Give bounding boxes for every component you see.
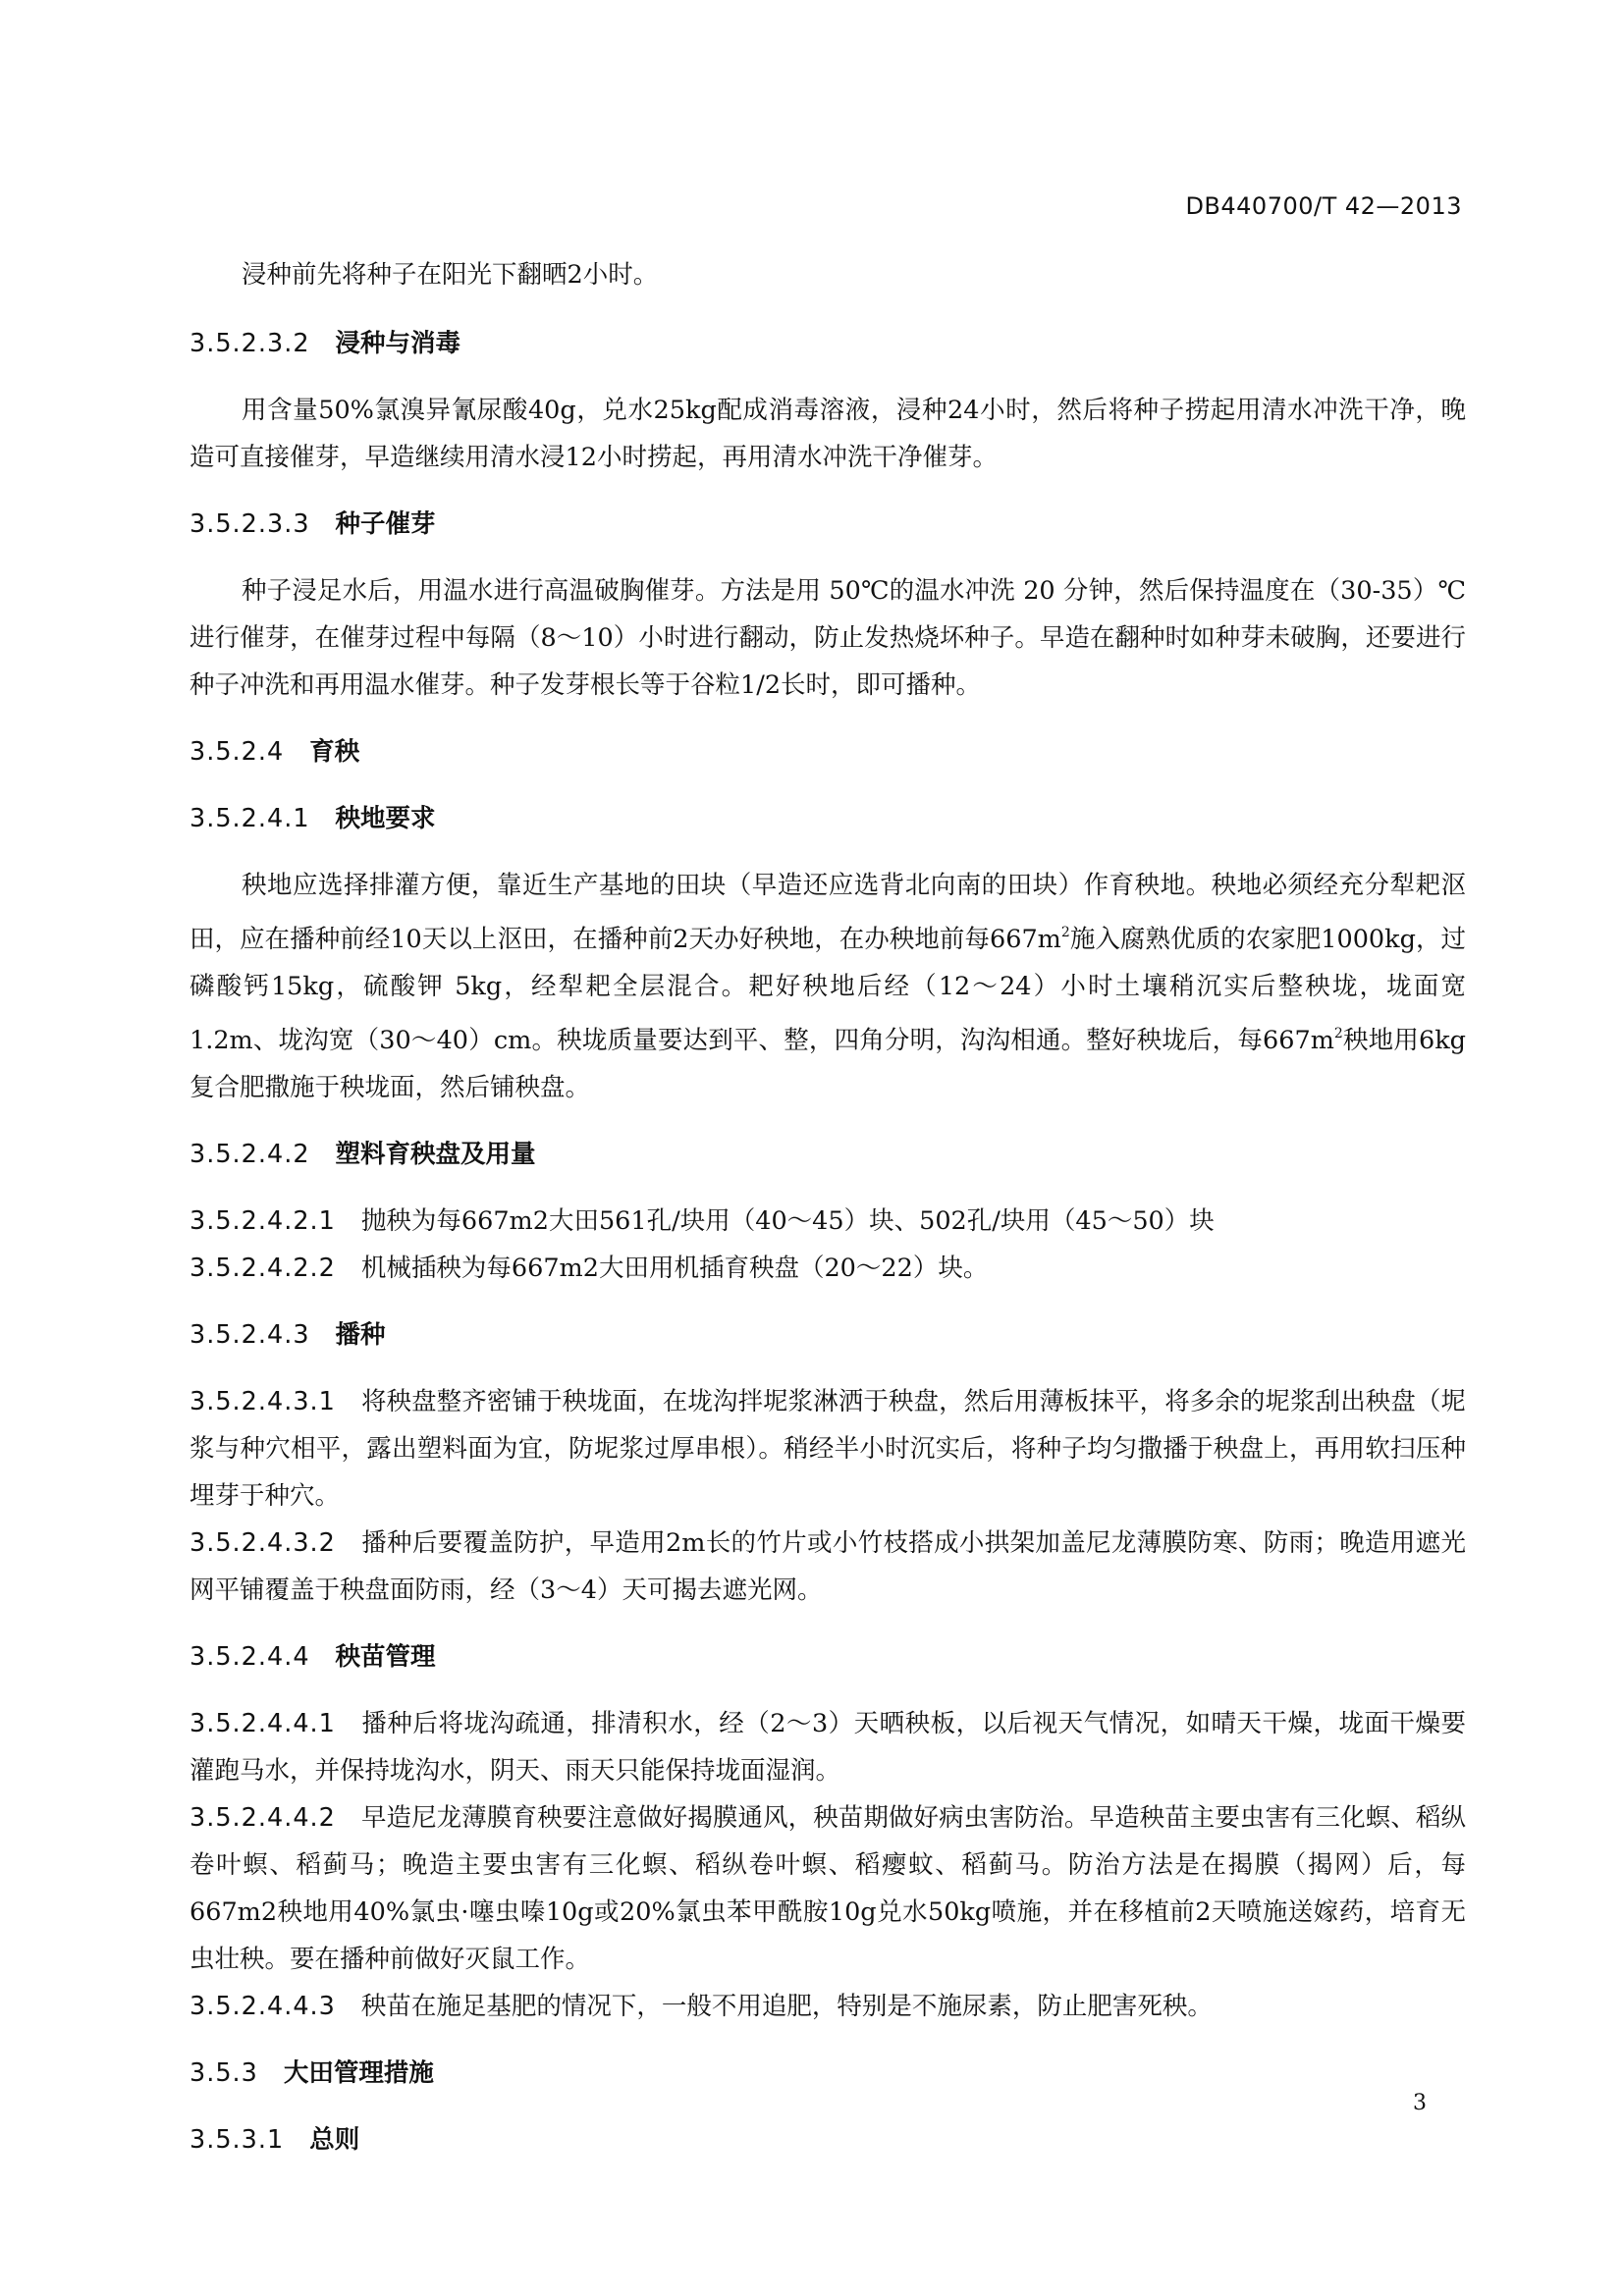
- item-number: 3.5.2.4.4.2: [189, 1803, 336, 1833]
- superscript: 2: [1061, 925, 1070, 940]
- item-text: 播种后要覆盖防护，早造用2m长的竹片或小竹枝搭成小拱架加盖尼龙薄膜防寒、防雨；晚…: [189, 1528, 1466, 1605]
- section-heading: 3.5.2.4.3播种: [189, 1311, 1466, 1359]
- item-number: 3.5.2.4.4.3: [189, 1992, 336, 2021]
- page-number: 3: [1413, 2091, 1427, 2115]
- paragraph: 种子浸足水后，用温水进行高温破胸催芽。方法是用 50℃的温水冲洗 20 分钟，然…: [189, 567, 1466, 709]
- section-title: 秧苗管理: [336, 1642, 436, 1672]
- section-number: 3.5.3.1: [189, 2116, 284, 2163]
- numbered-item: 3.5.2.4.4.1播种后将垅沟疏通，排清积水，经（2～3）天晒秧板，以后视天…: [189, 1700, 1466, 1794]
- item-text: 将秧盘整齐密铺于秧垅面，在垅沟拌坭浆淋洒于秧盘，然后用薄板抹平，将多余的坭浆刮出…: [189, 1387, 1466, 1511]
- superscript: 2: [1334, 1026, 1343, 1041]
- section-title: 育秧: [309, 737, 359, 767]
- section-title: 大田管理措施: [284, 2058, 434, 2088]
- section-heading: 3.5.2.3.2浸种与消毒: [189, 320, 1466, 367]
- numbered-item: 3.5.2.4.2.1抛秧为每667m2大田561孔/块用（40～45）块、50…: [189, 1198, 1466, 1245]
- item-text: 播种后将垅沟疏通，排清积水，经（2～3）天晒秧板，以后视天气情况，如晴天干燥，垅…: [189, 1709, 1466, 1786]
- section-title: 总则: [309, 2125, 359, 2155]
- paragraph: 秧地应选择排灌方便，靠近生产基地的田块（早造还应选背北向南的田块）作育秧地。秧地…: [189, 862, 1466, 1111]
- document-id: DB440700/T 42—2013: [1185, 192, 1462, 220]
- item-number: 3.5.2.4.3.1: [189, 1387, 336, 1416]
- document-body: 浸种前先将种子在阳光下翻晒2小时。 3.5.2.3.2浸种与消毒 用含量50%氯…: [189, 251, 1466, 2183]
- section-title: 浸种与消毒: [336, 329, 461, 358]
- document-page: DB440700/T 42—2013 浸种前先将种子在阳光下翻晒2小时。 3.5…: [0, 0, 1623, 2296]
- section-heading: 3.5.2.4.2塑料育秧盘及用量: [189, 1131, 1466, 1178]
- section-title: 秧地要求: [336, 804, 436, 833]
- numbered-item: 3.5.2.4.3.2播种后要覆盖防护，早造用2m长的竹片或小竹枝搭成小拱架加盖…: [189, 1520, 1466, 1614]
- section-number: 3.5.2.3.3: [189, 501, 310, 548]
- section-number: 3.5.3: [189, 2050, 258, 2097]
- item-text: 早造尼龙薄膜育秧要注意做好揭膜通风，秧苗期做好病虫害防治。早造秧苗主要虫害有三化…: [189, 1803, 1466, 1974]
- numbered-item: 3.5.2.4.4.2早造尼龙薄膜育秧要注意做好揭膜通风，秧苗期做好病虫害防治。…: [189, 1794, 1466, 1983]
- section-number: 3.5.2.4.4: [189, 1633, 310, 1681]
- section-title: 播种: [336, 1320, 386, 1350]
- section-heading: 3.5.2.4.4秧苗管理: [189, 1633, 1466, 1681]
- section-number: 3.5.2.4: [189, 728, 284, 775]
- section-title: 塑料育秧盘及用量: [336, 1140, 536, 1169]
- item-number: 3.5.2.4.2.2: [189, 1254, 336, 1283]
- item-text: 秧苗在施足基肥的情况下，一般不用追肥，特别是不施尿素，防止肥害死秧。: [361, 1992, 1213, 2021]
- section-number: 3.5.2.4.2: [189, 1131, 310, 1178]
- item-text: 机械插秧为每667m2大田用机插育秧盘（20～22）块。: [361, 1254, 988, 1283]
- item-number: 3.5.2.4.2.1: [189, 1206, 336, 1236]
- section-heading: 3.5.3大田管理措施: [189, 2050, 1466, 2097]
- section-number: 3.5.2.3.2: [189, 320, 310, 367]
- section-number: 3.5.2.4.1: [189, 795, 310, 842]
- section-heading: 3.5.2.3.3种子催芽: [189, 501, 1466, 548]
- paragraph: 浸种前先将种子在阳光下翻晒2小时。: [189, 251, 1466, 298]
- numbered-item: 3.5.2.4.2.2机械插秧为每667m2大田用机插育秧盘（20～22）块。: [189, 1245, 1466, 1292]
- section-heading: 3.5.3.1总则: [189, 2116, 1466, 2163]
- section-heading: 3.5.2.4育秧: [189, 728, 1466, 775]
- section-number: 3.5.2.4.3: [189, 1311, 310, 1359]
- section-title: 种子催芽: [336, 509, 436, 539]
- item-number: 3.5.2.4.3.2: [189, 1528, 336, 1558]
- section-heading: 3.5.2.4.1秧地要求: [189, 795, 1466, 842]
- item-text: 抛秧为每667m2大田561孔/块用（40～45）块、502孔/块用（45～50…: [361, 1206, 1215, 1236]
- item-number: 3.5.2.4.4.1: [189, 1709, 336, 1738]
- numbered-item: 3.5.2.4.3.1将秧盘整齐密铺于秧垅面，在垅沟拌坭浆淋洒于秧盘，然后用薄板…: [189, 1378, 1466, 1520]
- numbered-item: 3.5.2.4.4.3秧苗在施足基肥的情况下，一般不用追肥，特别是不施尿素，防止…: [189, 1983, 1466, 2030]
- paragraph: 用含量50%氯溴异氰尿酸40g，兑水25kg配成消毒溶液，浸种24小时，然后将种…: [189, 387, 1466, 481]
